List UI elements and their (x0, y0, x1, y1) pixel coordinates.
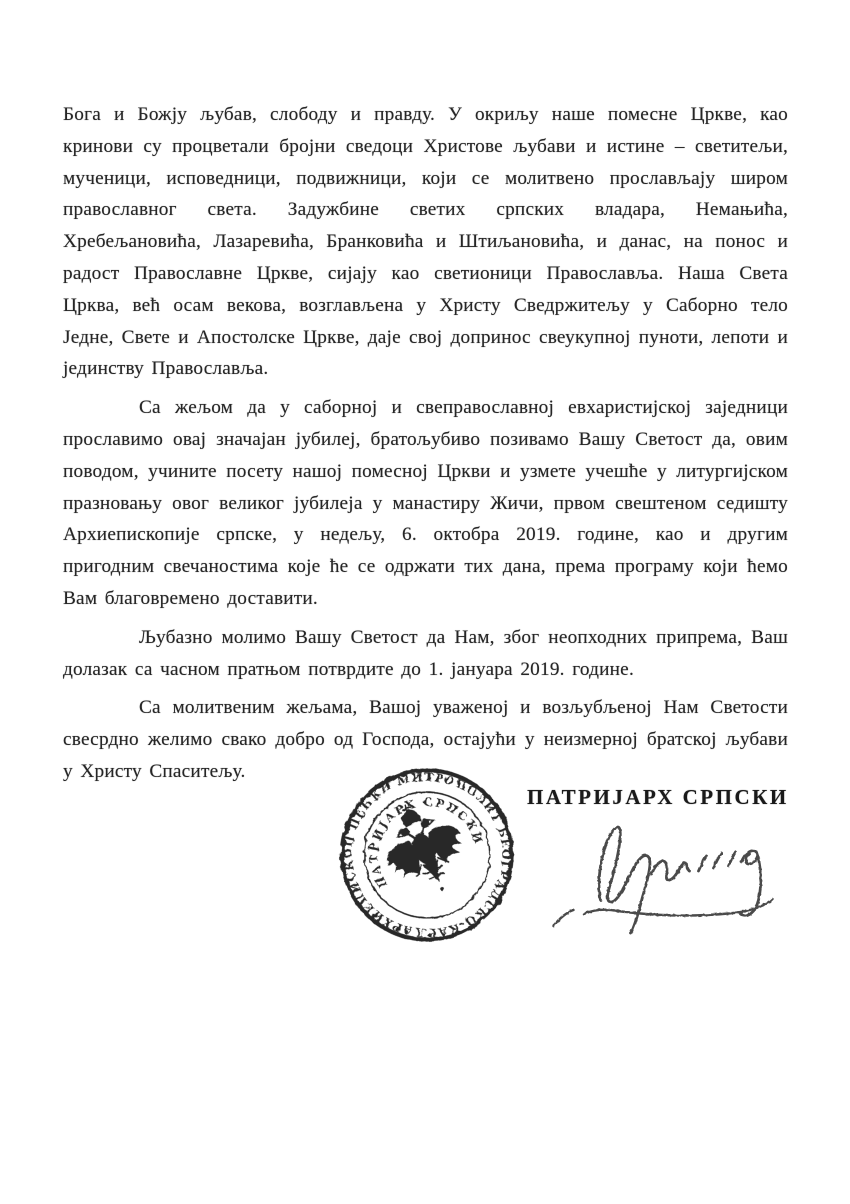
signature-stroke-underline (554, 899, 773, 926)
official-round-seal-stamp: АРХИЕПИСКОП ПЕЋКИ МИТРОПОЛИТ БЕОГРАДСКО-… (336, 764, 518, 946)
signature-stroke-initial (599, 827, 650, 933)
handwritten-signature (543, 800, 783, 940)
signature-stroke-ticks (699, 852, 736, 871)
paragraph-1: Бога и Божју љубав, слободу и правду. У … (63, 99, 788, 385)
seal-stamp-graphic: АРХИЕПИСКОП ПЕЋКИ МИТРОПОЛИТ БЕОГРАДСКО-… (336, 764, 518, 946)
paragraph-3: Љубазно молимо Вашу Светост да Нам, због… (63, 622, 788, 686)
signature-stroke-humps (652, 861, 690, 880)
signature-stroke-ending (741, 851, 761, 916)
scanned-letter-page: Бога и Божју љубав, слободу и правду. У … (0, 0, 850, 1204)
paragraph-2: Са жељом да у саборној и свеправославној… (63, 392, 788, 615)
letter-body: Бога и Божју љубав, слободу и правду. У … (63, 99, 788, 795)
